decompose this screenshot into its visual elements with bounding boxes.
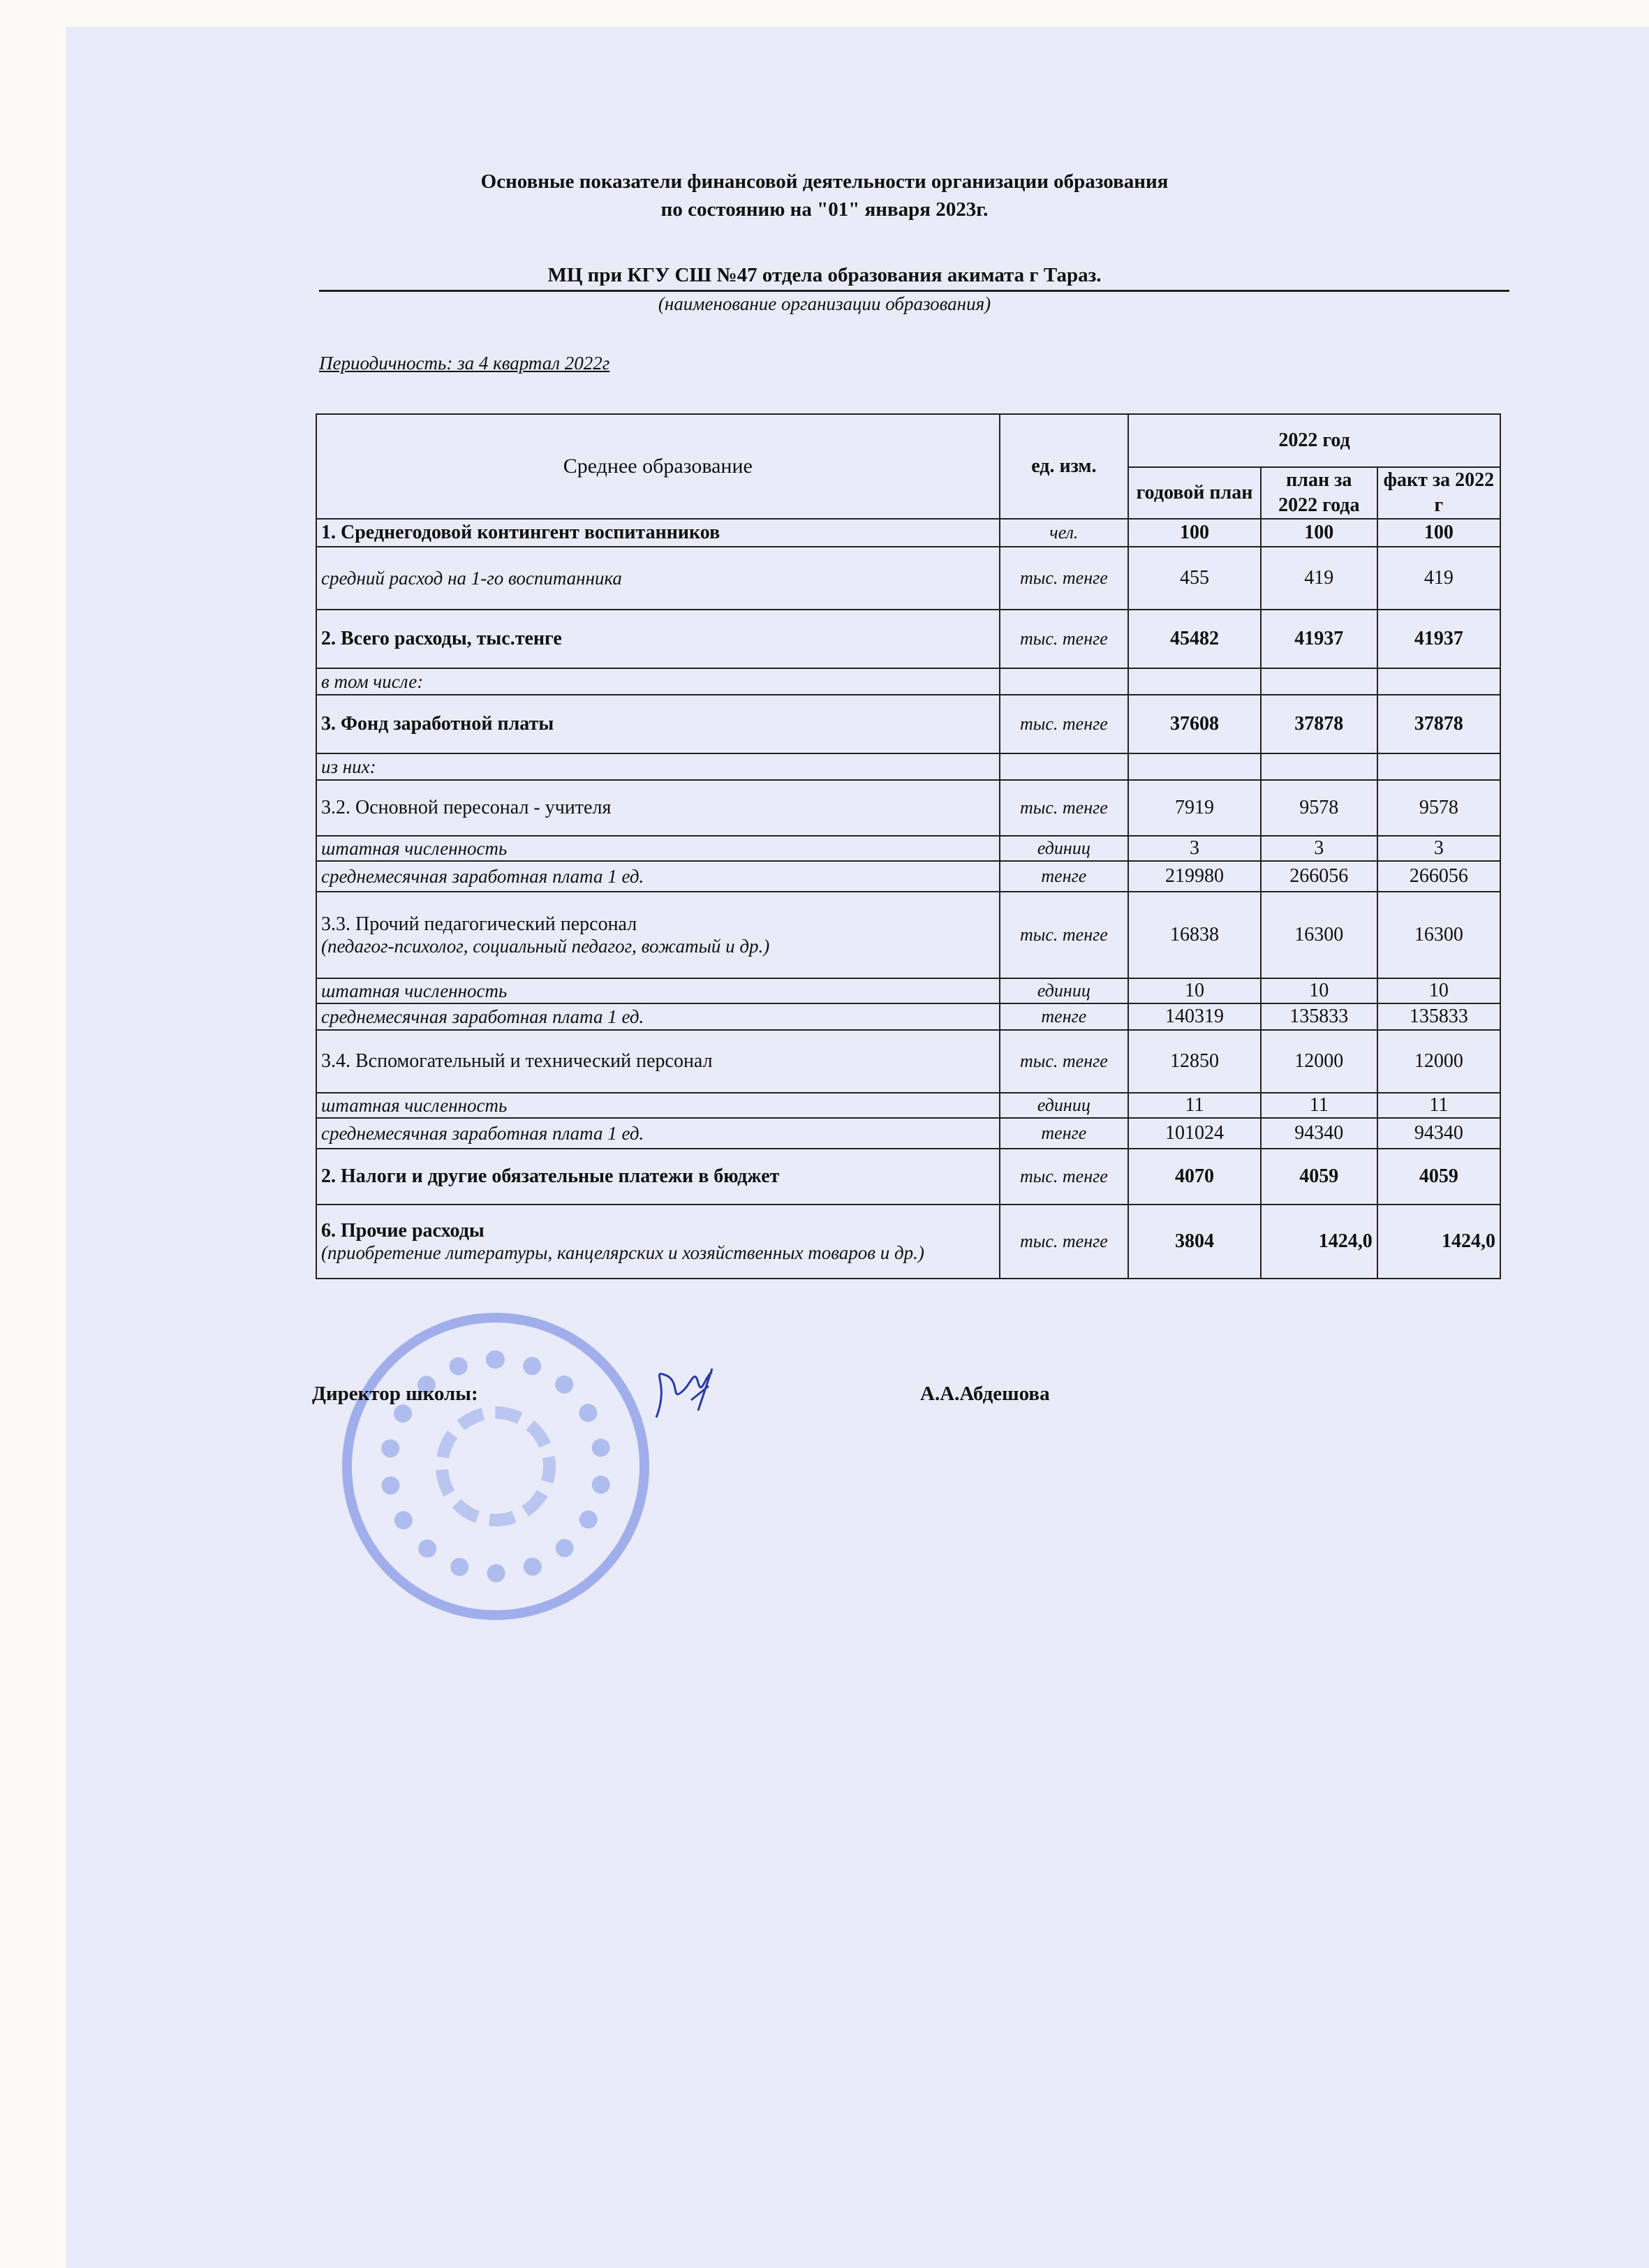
- cell-annual-plan: [1128, 668, 1261, 695]
- row-unit: тыс. тенге: [1000, 780, 1129, 836]
- cell-plan: 37878: [1261, 695, 1377, 753]
- table-body: 1. Среднегодовой контингент воспитаннико…: [316, 519, 1500, 1279]
- row-unit: единиц: [1000, 1093, 1129, 1118]
- cell-annual-plan: 45482: [1128, 610, 1261, 668]
- cell-fact: 16300: [1377, 892, 1500, 978]
- cell-fact: 10: [1377, 978, 1500, 1003]
- cell-plan: 4059: [1261, 1149, 1377, 1205]
- organization-caption: (наименование организации образования): [0, 293, 1649, 315]
- row-label: из них:: [316, 753, 1000, 780]
- row-label: среднемесячная заработная плата 1 ед.: [316, 861, 1000, 892]
- row-unit: единиц: [1000, 836, 1129, 861]
- cell-plan: 94340: [1261, 1118, 1377, 1149]
- table-row: 3.3. Прочий педагогический персонал(педа…: [316, 892, 1500, 978]
- cell-fact: 41937: [1377, 610, 1500, 668]
- cell-fact: 135833: [1377, 1003, 1500, 1030]
- row-unit: тыс. тенге: [1000, 1205, 1129, 1279]
- cell-plan: 16300: [1261, 892, 1377, 978]
- row-label: штатная численность: [316, 1093, 1000, 1118]
- table-row: 1. Среднегодовой контингент воспитаннико…: [316, 519, 1500, 547]
- table-row: среднемесячная заработная плата 1 ед.тен…: [316, 1118, 1500, 1149]
- row-label: штатная численность: [316, 978, 1000, 1003]
- cell-fact: [1377, 753, 1500, 780]
- row-unit: чел.: [1000, 519, 1129, 547]
- header-category: Среднее образование: [316, 414, 1000, 519]
- table-row: штатная численностьединиц111111: [316, 1093, 1500, 1118]
- row-sublabel: (педагог-психолог, социальный педагог, в…: [321, 936, 995, 957]
- document-title: Основные показатели финансовой деятельно…: [0, 168, 1649, 223]
- row-unit: тыс. тенге: [1000, 695, 1129, 753]
- row-sublabel: (приобретение литературы, канцелярских и…: [321, 1242, 995, 1264]
- cell-fact: 266056: [1377, 861, 1500, 892]
- financial-indicators-table: Среднее образование ед. изм. 2022 год го…: [316, 413, 1501, 1279]
- row-label-text: 1. Среднегодовой контингент воспитаннико…: [321, 522, 720, 543]
- row-label: 6. Прочие расходы(приобретение литератур…: [316, 1205, 1000, 1279]
- cell-fact: 11: [1377, 1093, 1500, 1118]
- cell-annual-plan: 11: [1128, 1093, 1261, 1118]
- table-row: штатная численностьединиц333: [316, 836, 1500, 861]
- cell-plan: 12000: [1261, 1030, 1377, 1093]
- cell-annual-plan: 100: [1128, 519, 1261, 547]
- row-label-text: 3.3. Прочий педагогический персонал: [321, 913, 637, 935]
- row-label: среднемесячная заработная плата 1 ед.: [316, 1118, 1000, 1149]
- row-label: 3.3. Прочий педагогический персонал(педа…: [316, 892, 1000, 978]
- header-unit: ед. изм.: [1000, 414, 1129, 519]
- table-row: 6. Прочие расходы(приобретение литератур…: [316, 1205, 1500, 1279]
- cell-annual-plan: 16838: [1128, 892, 1261, 978]
- cell-fact: 3: [1377, 836, 1500, 861]
- row-label: средний расход на 1-го воспитанника: [316, 547, 1000, 610]
- row-label-text: 2. Всего расходы, тыс.тенге: [321, 628, 562, 649]
- row-label: штатная численность: [316, 836, 1000, 861]
- organization-name: МЦ при КГУ СШ №47 отдела образования аки…: [0, 264, 1649, 287]
- cell-annual-plan: 101024: [1128, 1118, 1261, 1149]
- header-year-group: 2022 год: [1128, 414, 1500, 467]
- signatory-name: А.А.Абдешова: [920, 1383, 1050, 1406]
- title-line-2: по состоянию на "01" января 2023г.: [0, 196, 1649, 223]
- cell-annual-plan: 12850: [1128, 1030, 1261, 1093]
- cell-annual-plan: 455: [1128, 547, 1261, 610]
- row-label-text: 6. Прочие расходы: [321, 1220, 485, 1242]
- row-label: 3.4. Вспомогательный и технический персо…: [316, 1030, 1000, 1093]
- cell-fact: 1424,0: [1377, 1205, 1500, 1279]
- cell-plan: 1424,0: [1261, 1205, 1377, 1279]
- cell-annual-plan: 140319: [1128, 1003, 1261, 1030]
- row-label-text: среднемесячная заработная плата 1 ед.: [321, 1006, 644, 1027]
- table-row: из них:: [316, 753, 1500, 780]
- header-fact-2022: факт за 2022 г: [1377, 467, 1500, 519]
- row-label-text: штатная численность: [321, 980, 507, 1001]
- row-label: 1. Среднегодовой контингент воспитаннико…: [316, 519, 1000, 547]
- row-unit: тыс. тенге: [1000, 892, 1129, 978]
- cell-plan: 41937: [1261, 610, 1377, 668]
- periodicity: Периодичность: за 4 квартал 2022г: [319, 353, 609, 374]
- official-stamp: [342, 1313, 649, 1620]
- cell-plan: 3: [1261, 836, 1377, 861]
- row-label-text: среднемесячная заработная плата 1 ед.: [321, 1123, 644, 1144]
- row-unit: тенге: [1000, 861, 1129, 892]
- row-label-text: из них:: [321, 756, 376, 777]
- cell-annual-plan: 7919: [1128, 780, 1261, 836]
- row-unit: тыс. тенге: [1000, 610, 1129, 668]
- row-label-text: штатная численность: [321, 1095, 507, 1116]
- table-row: 3. Фонд заработной платытыс. тенге376083…: [316, 695, 1500, 753]
- row-label-text: 3. Фонд заработной платы: [321, 713, 554, 735]
- row-unit: тыс. тенге: [1000, 1030, 1129, 1093]
- row-label-text: штатная численность: [321, 838, 507, 859]
- cell-fact: 4059: [1377, 1149, 1500, 1205]
- row-label: в том числе:: [316, 668, 1000, 695]
- table-row: 2. Налоги и другие обязательные платежи …: [316, 1149, 1500, 1205]
- row-label-text: среднемесячная заработная плата 1 ед.: [321, 866, 644, 887]
- cell-annual-plan: 3804: [1128, 1205, 1261, 1279]
- cell-plan: 135833: [1261, 1003, 1377, 1030]
- cell-fact: 9578: [1377, 780, 1500, 836]
- row-label: 2. Всего расходы, тыс.тенге: [316, 610, 1000, 668]
- table-row: 3.2. Основной пересонал - учителятыс. те…: [316, 780, 1500, 836]
- table-row: штатная численностьединиц101010: [316, 978, 1500, 1003]
- cell-plan: [1261, 668, 1377, 695]
- cell-plan: 9578: [1261, 780, 1377, 836]
- table-row: 2. Всего расходы, тыс.тенгетыс. тенге454…: [316, 610, 1500, 668]
- title-line-1: Основные показатели финансовой деятельно…: [0, 168, 1649, 196]
- cell-plan: 100: [1261, 519, 1377, 547]
- table-row: в том числе:: [316, 668, 1500, 695]
- signature-label: Директор школы:: [312, 1383, 478, 1406]
- cell-plan: 10: [1261, 978, 1377, 1003]
- header-annual-plan: годовой план: [1128, 467, 1261, 519]
- cell-fact: 100: [1377, 519, 1500, 547]
- table-row: 3.4. Вспомогательный и технический персо…: [316, 1030, 1500, 1093]
- cell-annual-plan: 37608: [1128, 695, 1261, 753]
- row-label-text: 3.4. Вспомогательный и технический персо…: [321, 1050, 713, 1072]
- row-unit: тыс. тенге: [1000, 1149, 1129, 1205]
- cell-plan: 419: [1261, 547, 1377, 610]
- row-label-text: в том числе:: [321, 671, 423, 692]
- row-label-text: 3.2. Основной пересонал - учителя: [321, 797, 611, 818]
- table-row: среднемесячная заработная плата 1 ед.тен…: [316, 861, 1500, 892]
- table-row: среднемесячная заработная плата 1 ед.тен…: [316, 1003, 1500, 1030]
- row-unit: тенге: [1000, 1003, 1129, 1030]
- cell-fact: 94340: [1377, 1118, 1500, 1149]
- row-label-text: 2. Налоги и другие обязательные платежи …: [321, 1165, 779, 1187]
- cell-annual-plan: [1128, 753, 1261, 780]
- header-plan-2022: план за 2022 года: [1261, 467, 1377, 519]
- cell-fact: [1377, 668, 1500, 695]
- row-unit: единиц: [1000, 978, 1129, 1003]
- signature-icon: [642, 1362, 726, 1431]
- cell-fact: 12000: [1377, 1030, 1500, 1093]
- row-unit: тенге: [1000, 1118, 1129, 1149]
- organization-underline: [319, 290, 1509, 292]
- cell-plan: 11: [1261, 1093, 1377, 1118]
- row-label: среднемесячная заработная плата 1 ед.: [316, 1003, 1000, 1030]
- row-label: 3.2. Основной пересонал - учителя: [316, 780, 1000, 836]
- cell-plan: 266056: [1261, 861, 1377, 892]
- row-label: 2. Налоги и другие обязательные платежи …: [316, 1149, 1000, 1205]
- cell-annual-plan: 4070: [1128, 1149, 1261, 1205]
- cell-annual-plan: 10: [1128, 978, 1261, 1003]
- row-unit: [1000, 753, 1129, 780]
- row-label-text: средний расход на 1-го воспитанника: [321, 568, 622, 589]
- row-label: 3. Фонд заработной платы: [316, 695, 1000, 753]
- cell-fact: 37878: [1377, 695, 1500, 753]
- cell-plan: [1261, 753, 1377, 780]
- cell-annual-plan: 219980: [1128, 861, 1261, 892]
- table-row: средний расход на 1-го воспитанникатыс. …: [316, 547, 1500, 610]
- row-unit: тыс. тенге: [1000, 547, 1129, 610]
- row-unit: [1000, 668, 1129, 695]
- cell-fact: 419: [1377, 547, 1500, 610]
- cell-annual-plan: 3: [1128, 836, 1261, 861]
